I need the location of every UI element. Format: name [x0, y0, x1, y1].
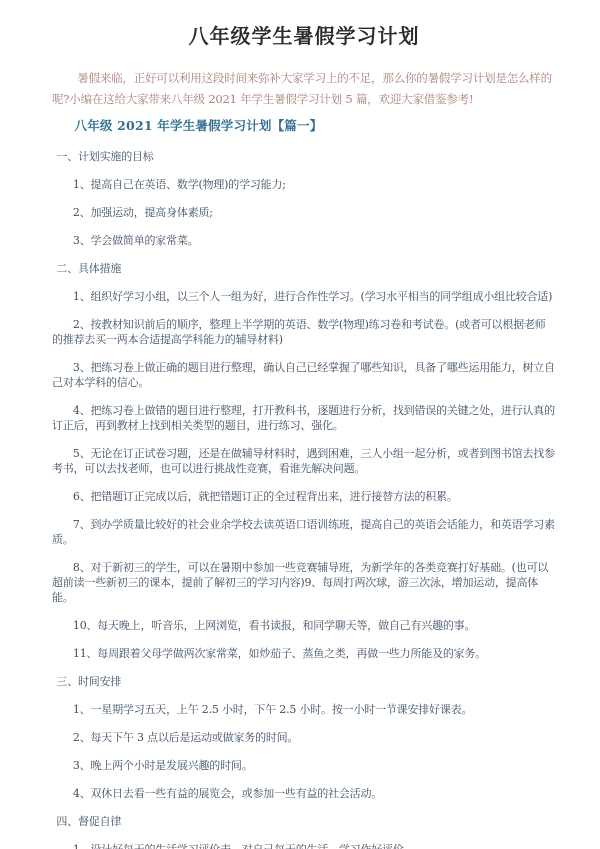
list-item: 4、双休日去看一些有益的展览会，或参加一些有益的社会活动。 [52, 786, 556, 801]
section-heading: 八年级 2021 年学生暑假学习计划【篇一】 [52, 116, 556, 134]
list-section-heading: 一、计划实施的目标 [52, 149, 556, 164]
intro-paragraph: 暑假来临，正好可以利用这段时间来弥补大家学习上的不足，那么你的暑假学习计划是怎么… [52, 68, 556, 109]
list-item: 7、到办学质量比较好的社会业余学校去读英语口语训练班，提高自己的英语会话能力，和… [52, 517, 556, 547]
list-item: 11、每周跟着父母学做两次家常菜，如炒茄子、蒸鱼之类，再做一些力所能及的家务。 [52, 646, 556, 661]
list-item: 3、学会做简单的家常菜。 [52, 233, 556, 248]
list-item: 1、提高自己在英语、数学(物理)的学习能力; [52, 177, 556, 192]
list-item: 1、一星期学习五天，上午 2.5 小时，下午 2.5 小时。按一小时一节课安排好… [52, 702, 556, 717]
list-item: 3、把练习卷上做正确的题目进行整理，确认自己已经掌握了哪些知识，具备了哪些运用能… [52, 360, 556, 390]
list-item: 6、把错题订正完成以后，就把错题订正的全过程背出来，进行接替方法的积累。 [52, 489, 556, 504]
document-page: 八年级学生暑假学习计划 暑假来临，正好可以利用这段时间来弥补大家学习上的不足，那… [0, 0, 600, 849]
list-item: 1、设计好每天的生活学习评价表，对自己每天的生活、学习作好评价。 [52, 842, 556, 849]
list-item: 1、组织好学习小组，以三个人一组为好，进行合作性学习。(学习水平相当的同学组成小… [52, 289, 556, 304]
list-item: 4、把练习卷上做错的题目进行整理，打开教科书，逐题进行分析，找到错误的关键之处，… [52, 403, 556, 433]
list-item: 5、无论在订正试卷习题，还是在做辅导材料时，遇到困难，三人小组一起分析，或者到图… [52, 446, 556, 476]
list-item: 3、晚上两个小时是发展兴趣的时间。 [52, 758, 556, 773]
list-section-heading: 三、时间安排 [52, 674, 556, 689]
list-section-heading: 四、督促自律 [52, 814, 556, 829]
list-section-heading: 二、具体措施 [52, 261, 556, 276]
page-title: 八年级学生暑假学习计划 [52, 20, 556, 49]
list-item: 10、每天晚上，听音乐，上网浏览，看书读报，和同学聊天等，做自己有兴趣的事。 [52, 618, 556, 633]
list-item: 8、对于新初三的学生，可以在暑期中参加一些竞赛辅导班，为新学年的各类竞赛打好基础… [52, 560, 556, 605]
list-item: 2、每天下午 3 点以后是运动或做家务的时间。 [52, 730, 556, 745]
list-item: 2、按教材知识前后的顺序，整理上半学期的英语、数学(物理)练习卷和考试卷。(或者… [52, 317, 556, 347]
list-item: 2、加强运动，提高身体素质; [52, 205, 556, 220]
article-body: 一、计划实施的目标1、提高自己在英语、数学(物理)的学习能力;2、加强运动，提高… [52, 149, 556, 849]
